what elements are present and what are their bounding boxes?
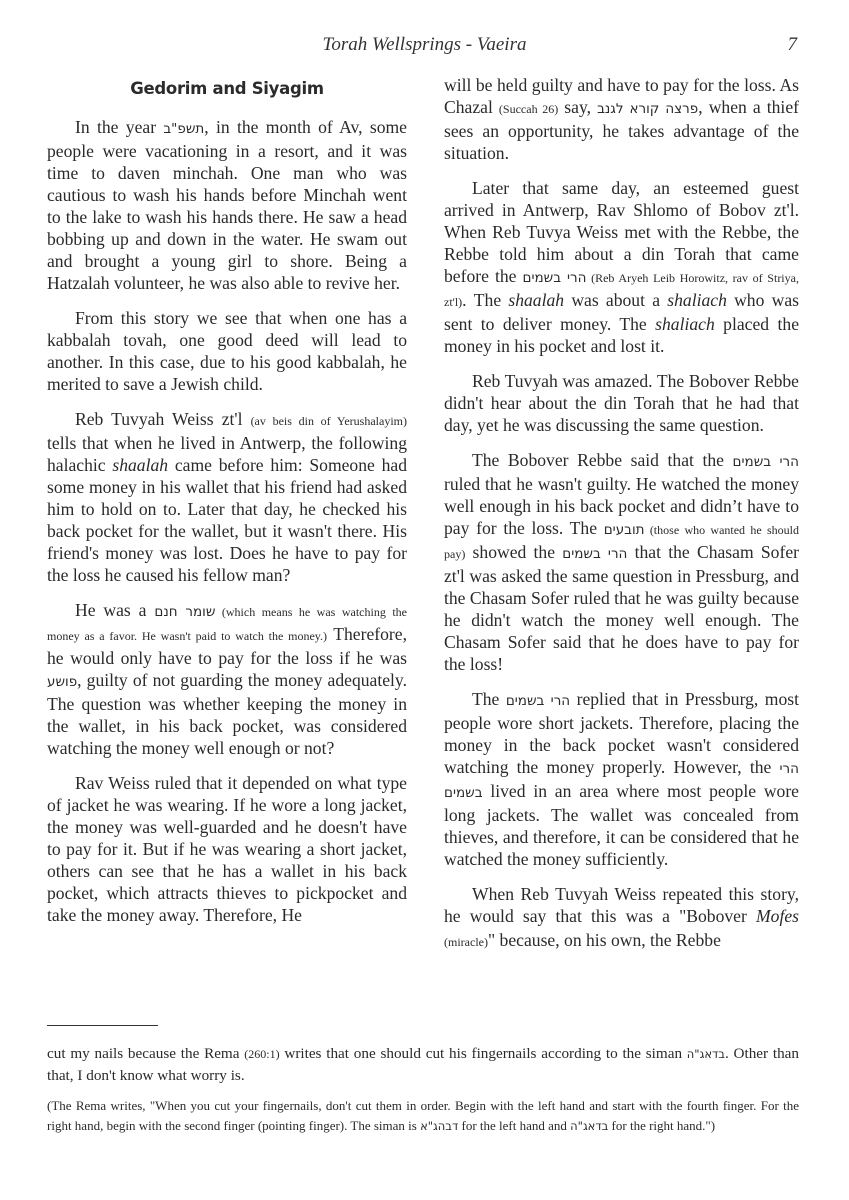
hebrew-text: הרי בשמים <box>523 270 587 286</box>
paragraph: will be held guilty and have to pay for … <box>444 74 799 164</box>
text: " because, on his own, the Rebbe <box>488 930 721 950</box>
parenthetical-note: (av beis din of Yerushalayim) <box>251 414 407 428</box>
italic-term: shaalah <box>508 290 564 310</box>
text: lived in an area where most people wore … <box>444 781 799 869</box>
hebrew-text: תשפ"ב <box>163 121 204 137</box>
italic-term: Mofes <box>756 906 799 926</box>
text: He was a <box>75 600 154 620</box>
hebrew-text: פרצה קורא לגנב <box>597 101 698 117</box>
paragraph: Rav Weiss ruled that it depended on what… <box>47 772 407 926</box>
text: writes that one should cut his fingernai… <box>280 1045 687 1062</box>
paragraph: When Reb Tuvyah Weiss repeated this stor… <box>444 883 799 953</box>
text: say, <box>558 97 597 117</box>
text: for the left hand and <box>458 1118 570 1133</box>
hebrew-text: בדאג"ה <box>570 1119 608 1133</box>
paragraph: In the year תשפ"ב, in the month of Av, s… <box>47 116 407 294</box>
footnotes: cut my nails because the Rema (260:1) wr… <box>47 1043 799 1146</box>
hebrew-text: פושע <box>47 674 77 690</box>
hebrew-text: הרי בשמים <box>562 546 627 562</box>
parenthetical-note: (miracle) <box>444 935 488 949</box>
citation: (260:1) <box>244 1047 279 1061</box>
section-heading: Gedorim and Siyagim <box>47 78 407 100</box>
italic-term: shaliach <box>655 314 715 334</box>
hebrew-text: הרי בשמים <box>733 454 799 470</box>
text: In the year <box>75 117 163 137</box>
text: The Bobover Rebbe said that the <box>472 450 733 470</box>
text: cut my nails because the Rema <box>47 1045 244 1062</box>
left-column: Gedorim and Siyagim In the year תשפ"ב, i… <box>47 74 407 939</box>
paragraph: The Bobover Rebbe said that the הרי בשמי… <box>444 449 799 675</box>
page-number: 7 <box>788 34 798 56</box>
text: The <box>472 689 506 709</box>
citation: (Succah 26) <box>499 102 558 116</box>
text: . The <box>462 290 508 310</box>
text: Reb Tuvyah Weiss zt'l <box>75 409 251 429</box>
hebrew-text: שומר חנם <box>154 604 215 620</box>
text: showed the <box>465 542 562 562</box>
italic-term: shaalah <box>112 455 168 475</box>
right-column: will be held guilty and have to pay for … <box>444 74 799 966</box>
footnote: (The Rema writes, "When you cut your fin… <box>47 1096 799 1136</box>
text: When Reb Tuvyah Weiss repeated this stor… <box>444 884 799 926</box>
hebrew-text: תובעים <box>604 522 645 538</box>
footnote-divider <box>47 1025 158 1026</box>
text: , in the month of Av, some people were v… <box>47 117 407 293</box>
text: , guilty of not guarding the money adequ… <box>47 670 407 758</box>
paragraph: The הרי בשמים replied that in Pressburg,… <box>444 688 799 870</box>
running-header: Torah Wellsprings - Vaeira 7 <box>0 34 849 58</box>
hebrew-text: בדאג"ה <box>687 1047 725 1061</box>
paragraph: From this story we see that when one has… <box>47 307 407 395</box>
footnote: cut my nails because the Rema (260:1) wr… <box>47 1043 799 1086</box>
hebrew-text: הרי בשמים <box>506 693 570 709</box>
italic-term: shaliach <box>667 290 727 310</box>
text: was about a <box>564 290 667 310</box>
paragraph: He was a שומר חנם (which means he was wa… <box>47 599 407 759</box>
text: Later that same day, an esteemed guest a… <box>444 178 799 286</box>
text: for the right hand.") <box>608 1118 715 1133</box>
book-title: Torah Wellsprings - Vaeira <box>0 34 849 56</box>
hebrew-text: דבהג"א <box>420 1119 458 1133</box>
paragraph: Reb Tuvyah was amazed. The Bobover Rebbe… <box>444 370 799 436</box>
paragraph: Reb Tuvyah Weiss zt'l (av beis din of Ye… <box>47 408 407 586</box>
paragraph: Later that same day, an esteemed guest a… <box>444 177 799 357</box>
